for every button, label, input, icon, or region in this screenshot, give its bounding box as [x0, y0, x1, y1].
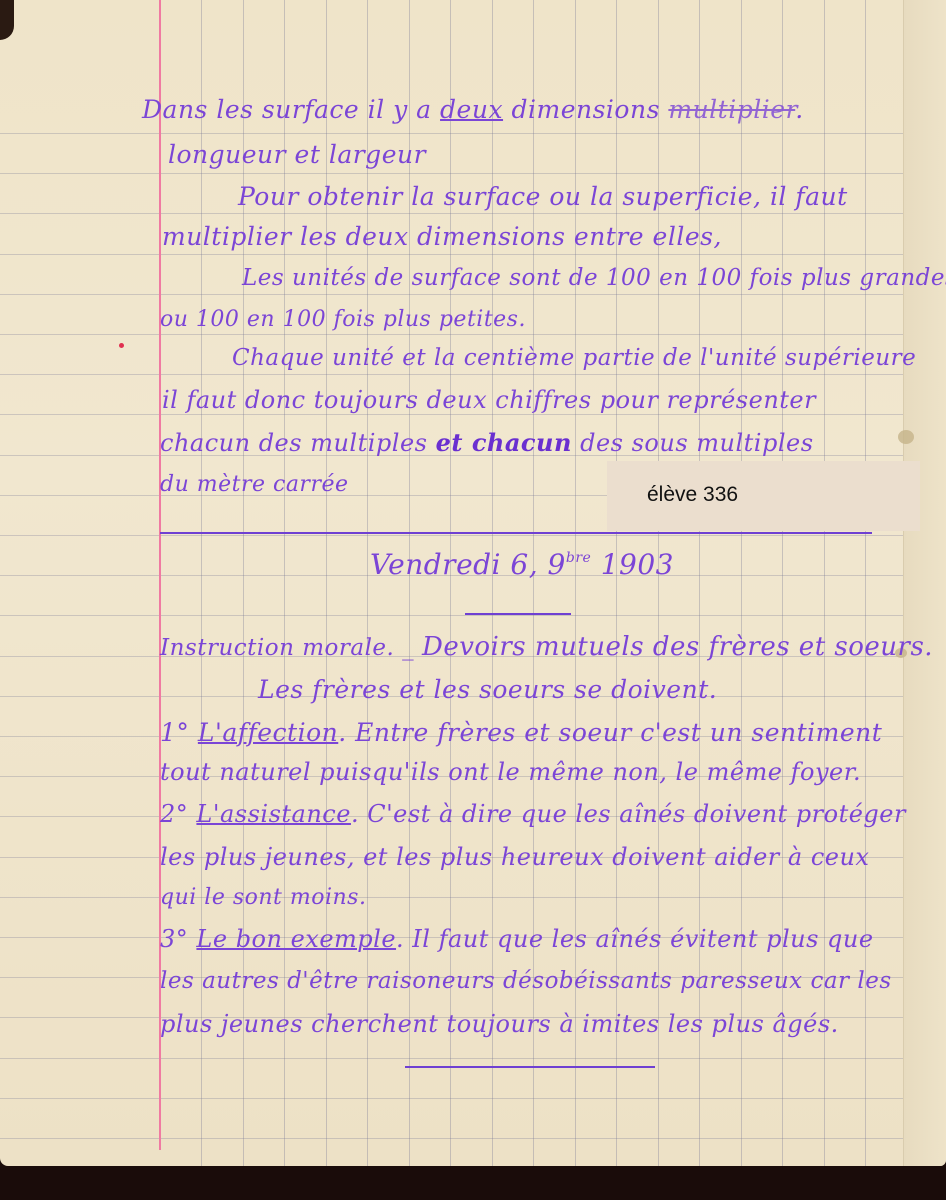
text-line: il faut donc toujours deux chiffres pour… — [162, 386, 816, 414]
list-item: 3° Le bon exemple. Il faut que les aînés… — [160, 925, 874, 953]
lesson-title: Instruction morale. _ Devoirs mutuels de… — [160, 632, 933, 662]
grid-line-horizontal — [0, 1098, 903, 1099]
end-divider — [405, 1066, 655, 1068]
text-line: Dans les surface il y a deux dimensions … — [142, 95, 804, 124]
grid-line-horizontal — [0, 615, 903, 616]
grid-line-horizontal — [0, 1138, 903, 1139]
text-line: les plus jeunes, et les plus heureux doi… — [160, 843, 869, 871]
text-line: longueur et largeur — [168, 140, 426, 169]
text-line: multiplier les deux dimensions entre ell… — [162, 222, 722, 251]
ink-spot — [119, 343, 124, 348]
text-line: chacun des multiples et chacun des sous … — [160, 428, 814, 457]
text-line: du mètre carrée — [160, 472, 349, 497]
student-id: élève 336 — [647, 483, 738, 507]
page-edge — [903, 0, 946, 1166]
date-heading: Vendredi 6, 9bre 1903 — [370, 548, 674, 581]
grid-line-horizontal — [0, 294, 903, 295]
notebook-page: Dans les surface il y a deux dimensions … — [0, 0, 946, 1166]
text-line: Pour obtenir la surface ou la superficie… — [238, 182, 848, 211]
grid-line-horizontal — [0, 897, 903, 898]
text-line: tout naturel puisqu'ils ont le même non,… — [160, 758, 861, 786]
list-item: 2° L'assistance. C'est à dire que les aî… — [160, 800, 906, 828]
text-line: qui le sont moins. — [160, 885, 366, 910]
grid-line-horizontal — [0, 1058, 903, 1059]
page-tear-mark — [898, 430, 914, 444]
text-line: Les unités de surface sont de 100 en 100… — [242, 265, 946, 291]
text-line: Les frères et les soeurs se doivent. — [258, 675, 717, 704]
text-line: ou 100 en 100 fois plus petites. — [160, 307, 526, 332]
text-line: Chaque unité et la centième partie de l'… — [232, 345, 916, 371]
section-divider — [160, 532, 872, 534]
grid-line-horizontal — [0, 334, 903, 335]
student-label: élève 336 — [607, 461, 920, 531]
grid-line-horizontal — [0, 254, 903, 255]
grid-line-horizontal — [0, 173, 903, 174]
grid-line-horizontal — [0, 374, 903, 375]
list-item: 1° L'affection. Entre frères et soeur c'… — [160, 718, 882, 747]
text-line: plus jeunes cherchent toujours à imites … — [160, 1010, 839, 1038]
grid-line-horizontal — [0, 133, 903, 134]
grid-line-horizontal — [0, 213, 903, 214]
heading-underline — [465, 613, 571, 615]
grid-line-horizontal — [0, 535, 903, 536]
grid-line-horizontal — [0, 414, 903, 415]
text-line: les autres d'être raisoneurs désobéissan… — [160, 968, 892, 994]
